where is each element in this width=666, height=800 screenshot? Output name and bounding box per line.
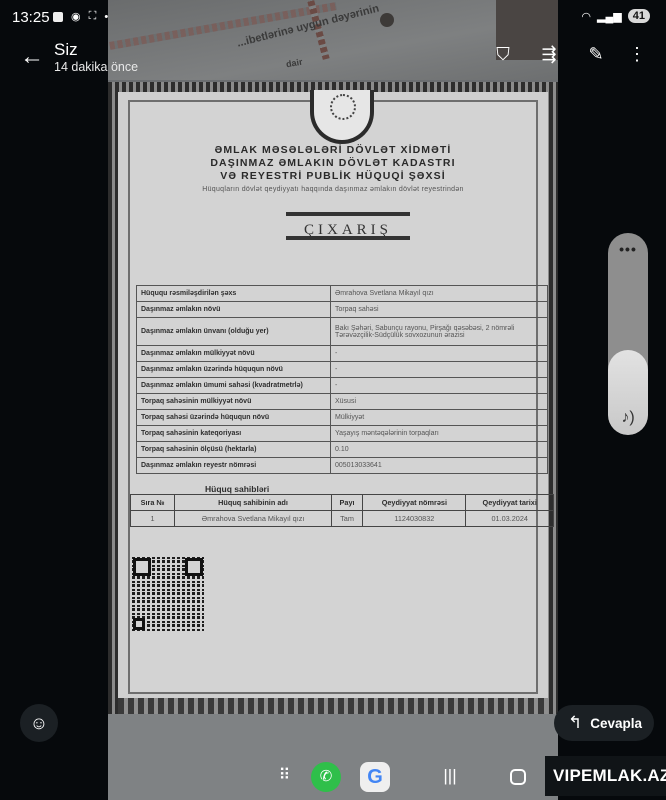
notification-icons: ◉ ⛶ • (53, 10, 108, 23)
info-label: Daşınmaz əmlakın ümumi sahəsi (kvadratme… (137, 378, 331, 394)
owners-cell: 1 (131, 511, 175, 527)
info-row: Daşınmaz əmlakın üzərində hüququn növü- (137, 362, 548, 378)
owners-cell: 1124030832 (363, 511, 466, 527)
info-row: Daşınmaz əmlakın mülkiyyət növü- (137, 346, 548, 362)
viewer-header: ← Siz 14 dakika önce ⛉ ⇶ ✎ ⋮ (0, 36, 666, 80)
info-label: Daşınmaz əmlakın ünvanı (olduğu yer) (137, 318, 331, 346)
document-heading-3: VƏ REYESTRİ PUBLİK HÜQUQİ ŞƏXSİ (130, 170, 536, 183)
pencil-icon[interactable]: ✎ (584, 44, 608, 65)
sent-time: 14 dakika önce (54, 60, 138, 74)
info-value: Torpaq sahəsi (331, 302, 548, 318)
info-value: - (331, 346, 548, 362)
info-value: Əmrahova Svetlana Mikayıl qızı (331, 286, 548, 302)
reply-icon: ↰ (568, 713, 582, 733)
owners-title: Hüquq sahibləri (205, 484, 269, 494)
state-emblem (310, 90, 374, 144)
owners-cell: Əmrahova Svetlana Mikayıl qızı (175, 511, 332, 527)
wifi-icon: ◠ (581, 10, 591, 23)
back-arrow-icon[interactable]: ← (20, 43, 44, 71)
info-value: Mülkiyyət (331, 410, 548, 426)
more-vert-icon[interactable]: ⋮ (625, 44, 649, 65)
owners-column-header: Hüquq sahibinin adı (175, 495, 332, 511)
owners-cell: Tam (331, 511, 362, 527)
clock: 13:25 (12, 9, 50, 26)
forward-icon[interactable]: ⇶ (537, 44, 561, 65)
owners-column-header: Sıra № (131, 495, 175, 511)
info-row: Torpaq sahəsinin kateqoriyasıYaşayış mən… (137, 426, 548, 442)
add-reaction-icon: ☺ (30, 713, 48, 733)
info-row: Daşınmaz əmlakın ümumi sahəsi (kvadratme… (137, 378, 548, 394)
info-value: Yaşayış məntəqələrinin torpaqları (331, 426, 548, 442)
document-extract: ƏMLAK MƏSƏLƏLƏRİ DÖVLƏT XİDMƏTİ DAŞINMAZ… (108, 82, 558, 714)
screenshot-icon: ⛶ (89, 10, 97, 23)
apps-grid-icon[interactable]: ⠿ (274, 762, 294, 792)
emblem-seal-icon (330, 94, 356, 120)
reply-label: Cevapla (590, 716, 642, 731)
square-app-icon (53, 12, 63, 22)
qr-code (132, 557, 204, 631)
info-value: Bakı Şəhəri, Sabunçu rayonu, Pirşağı qəs… (331, 318, 548, 346)
status-bar: 13:25 ◉ ⛶ • ◠ ▂▄▆ 41 (0, 0, 666, 36)
info-label: Torpaq sahəsi üzərində hüququn növü (137, 410, 331, 426)
owners-table: Sıra №Hüquq sahibinin adıPayıQeydiyyat n… (130, 494, 554, 527)
whatsapp-icon[interactable]: ✆ (311, 762, 341, 792)
reply-button[interactable]: ↰ Cevapla (554, 705, 654, 741)
battery-indicator: 41 (628, 9, 650, 23)
info-label: Torpaq sahəsinin kateqoriyası (137, 426, 331, 442)
info-row: Torpaq sahəsinin ölçüsü (hektarla)0.10 (137, 442, 548, 458)
owners-column-header: Qeydiyyat tarixi (466, 495, 554, 511)
sender-name: Siz (54, 40, 78, 60)
more-notifications-dot-icon: • (104, 11, 108, 23)
add-reaction-button[interactable]: ☺ (20, 704, 58, 742)
document-heading-2: DAŞINMAZ ƏMLAKIN DÖVLƏT KADASTRI (130, 157, 536, 170)
info-label: Daşınmaz əmlakın reyestr nömrəsi (137, 458, 331, 474)
owners-cell: 01.03.2024 (466, 511, 554, 527)
signal-icon: ▂▄▆ (597, 10, 622, 23)
info-row: Daşınmaz əmlakın reyestr nömrəsi00501303… (137, 458, 548, 474)
document-inner: ƏMLAK MƏSƏLƏLƏRİ DÖVLƏT XİDMƏTİ DAŞINMAZ… (128, 100, 538, 694)
document-title: ÇIXARIŞ (286, 212, 410, 240)
info-value: - (331, 362, 548, 378)
info-label: Daşınmaz əmlakın mülkiyyət növü (137, 346, 331, 362)
system-status: ◠ ▂▄▆ 41 (581, 9, 650, 23)
info-row: Torpaq sahəsi üzərində hüququn növüMülki… (137, 410, 548, 426)
info-label: Torpaq sahəsinin ölçüsü (hektarla) (137, 442, 331, 458)
info-label: Hüququ rəsmiləşdirilən şəxs (137, 286, 331, 302)
music-note-icon: ♪) (608, 409, 648, 427)
info-value: 005013033641 (331, 458, 548, 474)
document-heading-1: ƏMLAK MƏSƏLƏLƏRİ DÖVLƏT XİDMƏTİ (130, 144, 536, 157)
volume-slider[interactable]: ••• ♪) (608, 233, 648, 435)
owners-column-header: Qeydiyyat nömrəsi (363, 495, 466, 511)
owners-column-header: Payı (331, 495, 362, 511)
document-subheading: Hüquqların dövlət qeydiyyatı haqqında da… (130, 186, 536, 193)
google-icon[interactable]: G (360, 762, 390, 792)
volume-more-icon[interactable]: ••• (608, 241, 648, 257)
info-value: Xüsusi (331, 394, 548, 410)
info-row: Hüququ rəsmiləşdirilən şəxsƏmrahova Svet… (137, 286, 548, 302)
info-row: Daşınmaz əmlakın növüTorpaq sahəsi (137, 302, 548, 318)
chrome-icon: ◉ (71, 10, 81, 23)
info-row: Torpaq sahəsinin mülkiyyət növüXüsusi (137, 394, 548, 410)
info-label: Daşınmaz əmlakın üzərində hüququn növü (137, 362, 331, 378)
info-value: 0.10 (331, 442, 548, 458)
watermark: VIPEMLAK.AZ (545, 756, 666, 796)
info-label: Torpaq sahəsinin mülkiyyət növü (137, 394, 331, 410)
info-row: Daşınmaz əmlakın ünvanı (olduğu yer)Bakı… (137, 318, 548, 346)
property-info-table: Hüququ rəsmiləşdirilən şəxsƏmrahova Svet… (136, 285, 548, 474)
recents-icon[interactable]: ||| (440, 762, 460, 792)
info-value: - (331, 378, 548, 394)
home-icon[interactable] (510, 769, 526, 785)
decorative-border (118, 698, 548, 714)
bookmark-icon[interactable]: ⛉ (491, 44, 515, 65)
owners-row: 1Əmrahova Svetlana Mikayıl qızıTam112403… (131, 511, 554, 527)
info-label: Daşınmaz əmlakın növü (137, 302, 331, 318)
